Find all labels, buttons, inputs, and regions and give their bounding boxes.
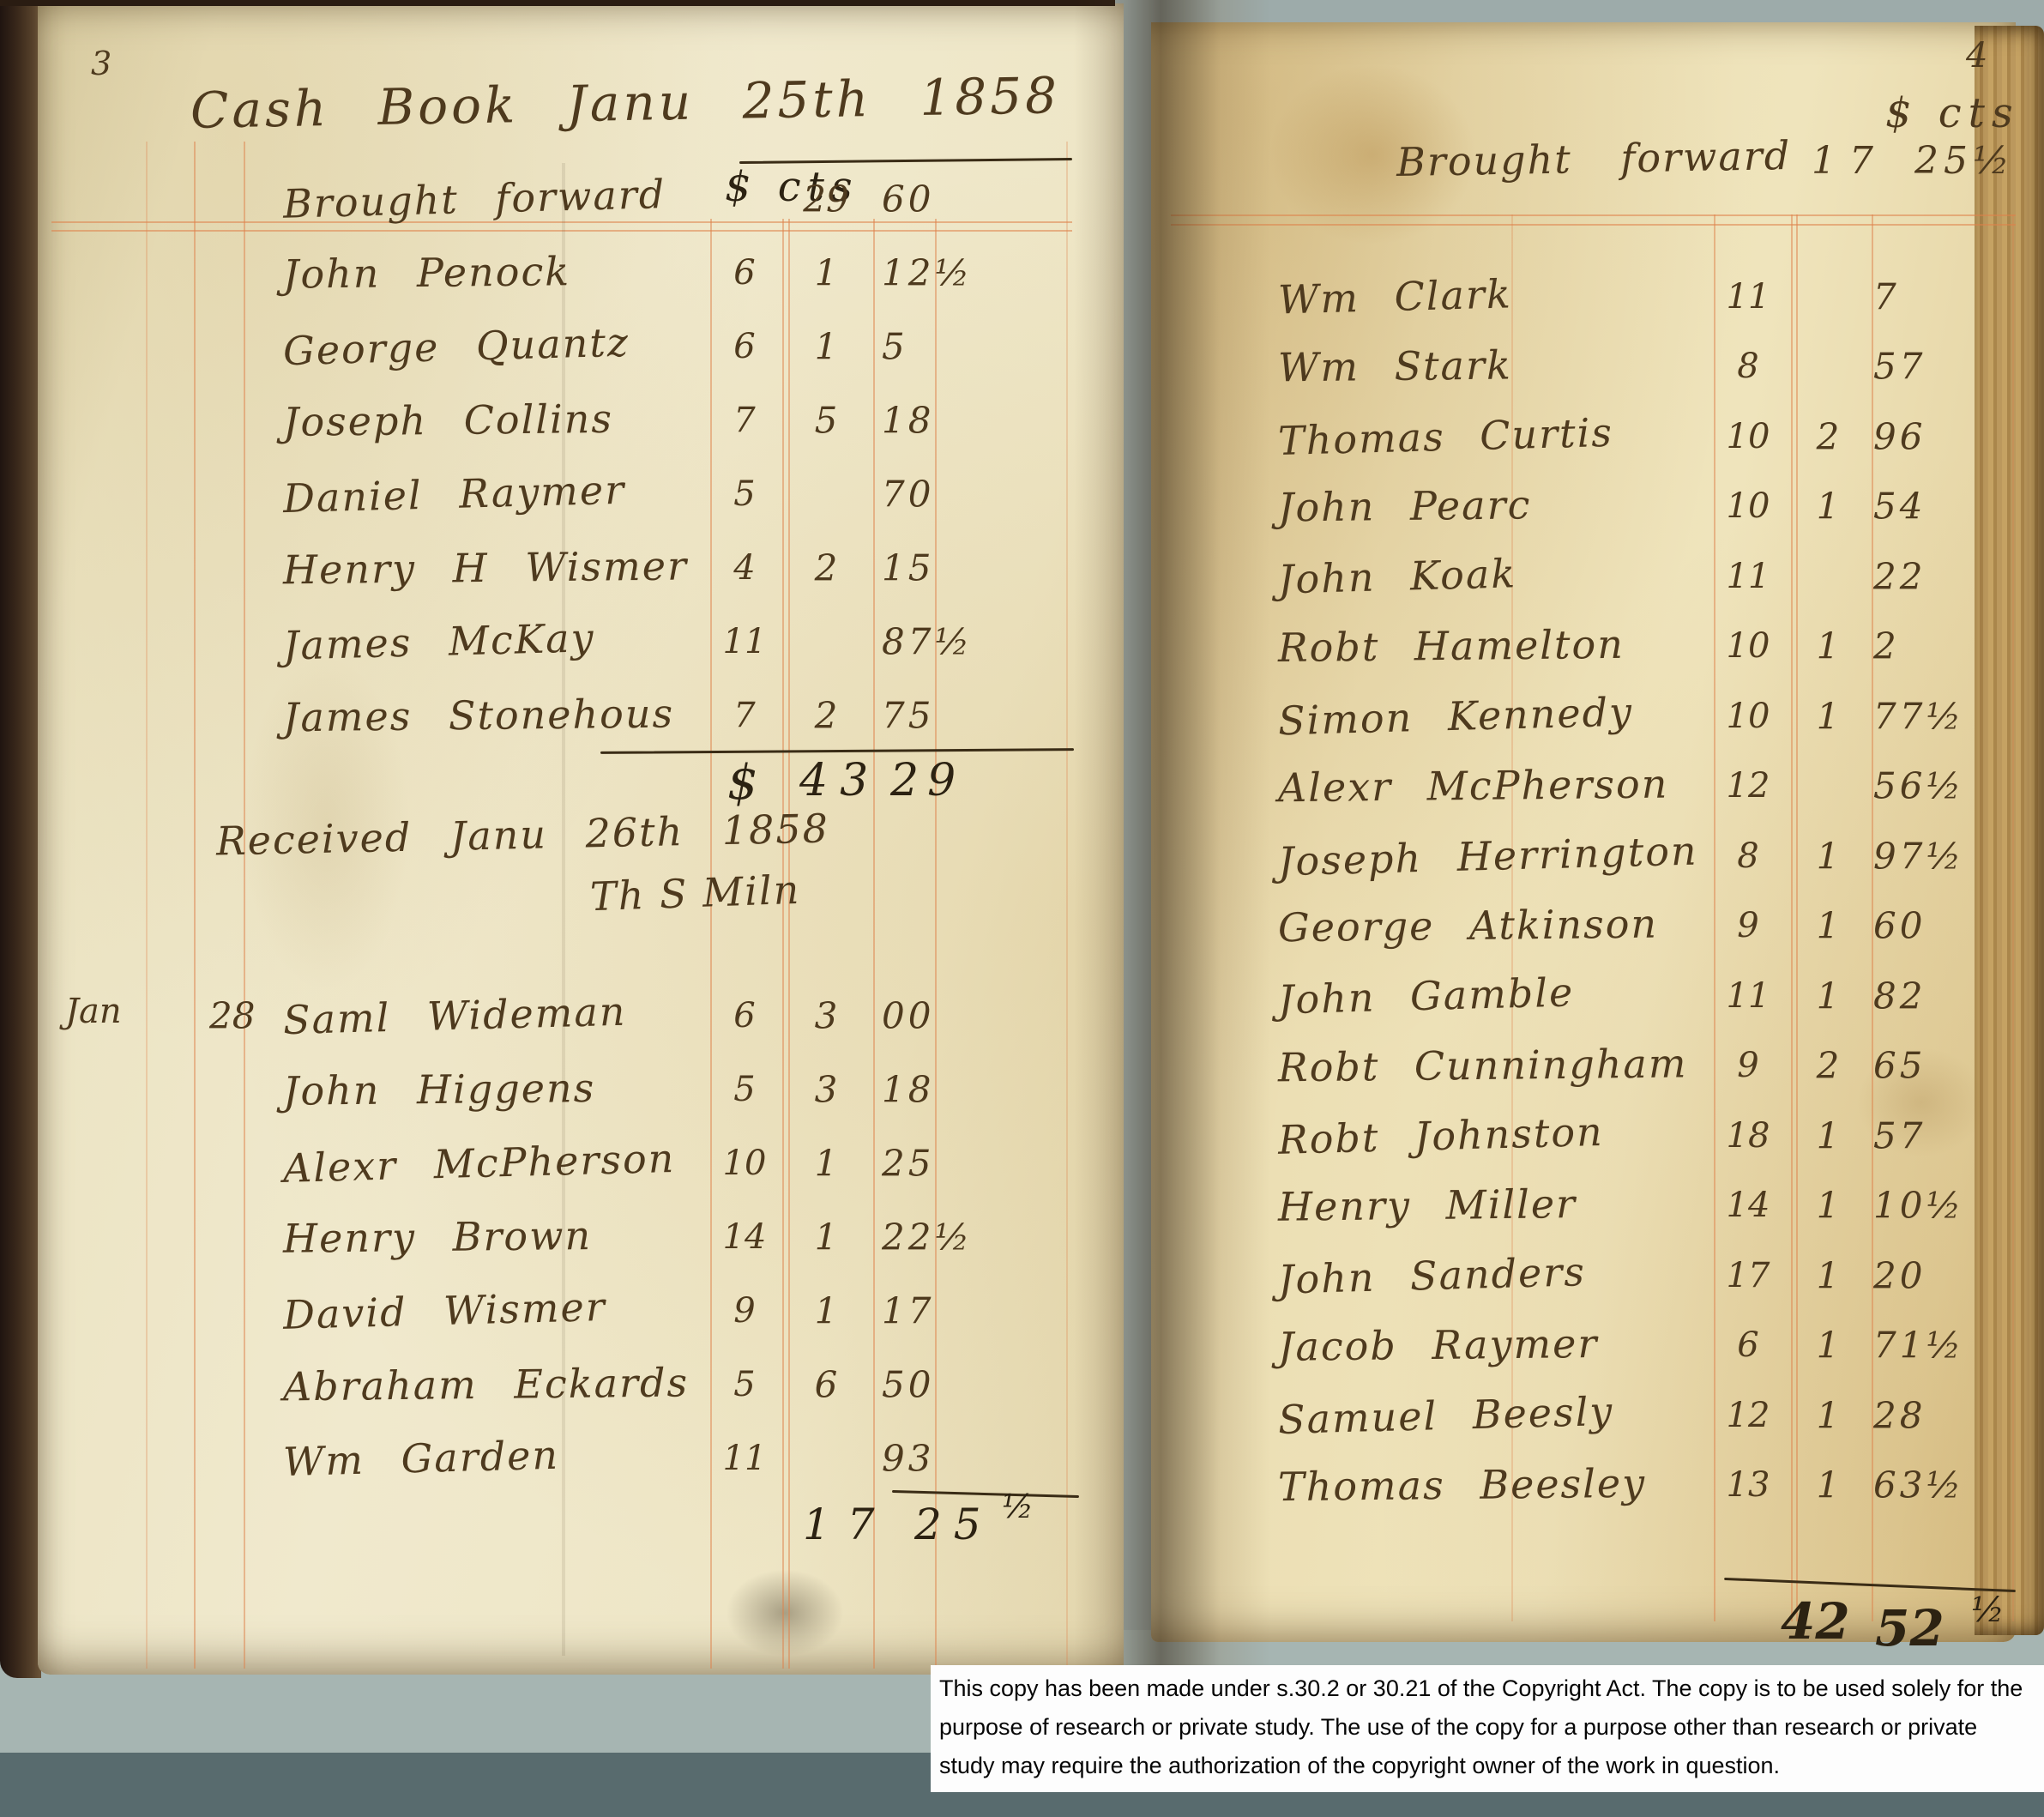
entry-name: David Wismer (282, 1283, 606, 1338)
entry-day: 9 (1714, 906, 1782, 945)
entry-dollars: 2 (1789, 415, 1866, 457)
book-top-edge (0, 0, 1115, 6)
entry-day: 5 (710, 474, 779, 514)
entry-dollars: 1 (1789, 625, 1866, 667)
entry-day: 5 (710, 1070, 779, 1109)
entry-cents: 77½ (1873, 695, 1964, 737)
entry-day: 10 (710, 1144, 779, 1183)
dollar-sign: $ (727, 755, 758, 811)
total-dollars: 17 (803, 1500, 892, 1549)
total-cents: 29 (890, 755, 964, 806)
entry-dollars: 1 (787, 326, 865, 368)
entry-name: Robt Johnston (1277, 1108, 1604, 1163)
entry-name: Daniel Raymer (282, 467, 625, 522)
entry-name: Henry H Wismer (283, 542, 688, 593)
right-page-number: 4 (1966, 36, 1987, 75)
entry-day: 8 (1714, 347, 1782, 386)
entry-day: 4 (710, 548, 779, 588)
entry-cents: 57 (1873, 1114, 1926, 1156)
entry-dollars: 5 (787, 400, 865, 442)
entry-dollars: 1 (1789, 1394, 1866, 1436)
entry-name: George Quantz (282, 319, 630, 375)
entry-name: John Pearc (1278, 482, 1532, 531)
ledger-row: Henry Miller 14 1 10½ (1269, 1172, 2016, 1242)
entry-day: 6 (710, 327, 779, 366)
left-section2-total-row: 17 25 ½ (172, 1500, 1081, 1568)
ledger-row: Alexr McPherson 10 1 25 (172, 1127, 1081, 1201)
entry-cents: 65 (1873, 1045, 1926, 1087)
entry-cents: 60 (1873, 905, 1926, 947)
entry-date: 28 (209, 995, 255, 1037)
entry-cents: 97½ (1873, 835, 1964, 877)
entry-cents: 57 (1873, 346, 1926, 388)
entry-cents: 15 (882, 547, 934, 589)
entry-name: John Koak (1277, 550, 1516, 602)
entry-day: 18 (1714, 1116, 1782, 1156)
entry-name: Wm Clark (1277, 270, 1512, 323)
ledger-row: Joseph Collins 7 5 18 (172, 384, 1081, 458)
ledger-row: Robt Cunningham 9 2 65 (1269, 1032, 2016, 1102)
ledger-row: Brought forward 29 60 (172, 163, 1081, 237)
entry-cents: 20 (1873, 1254, 1926, 1296)
entry-name: Robt Hamelton (1278, 621, 1625, 671)
entry-cents: 22½ (882, 1216, 973, 1259)
total-cents: 25 (914, 1500, 993, 1549)
entry-cents: 70 (882, 474, 934, 516)
ledger-row: George Atkinson 9 1 60 (1269, 892, 2016, 963)
book-cover-edge (0, 0, 41, 1678)
entry-dollars: 1 (787, 1143, 865, 1185)
entry-day: 9 (1714, 1046, 1782, 1085)
entry-cents: 12½ (882, 252, 973, 294)
entry-cents: 56½ (1873, 765, 1964, 807)
entry-name: Joseph Herrington (1277, 827, 1698, 884)
entry-cents: 22 (1873, 555, 1926, 597)
entry-name: Henry Brown (283, 1212, 593, 1262)
ledger-row: Jacob Raymer 6 1 71½ (1269, 1312, 2016, 1382)
brought-forward-cents: 25½ (1914, 139, 2015, 183)
entry-dollars: 1 (1789, 835, 1866, 877)
entry-name: John Sanders (1277, 1248, 1586, 1302)
entry-name: Wm Stark (1278, 342, 1512, 391)
entry-dollars: 1 (787, 252, 865, 294)
ledger-row: John Koak 11 22 (1269, 542, 2016, 613)
entry-name: Saml Wideman (282, 988, 627, 1043)
ledger-row: John Higgens 5 3 18 (172, 1053, 1081, 1127)
ledger-row: John Sanders 17 1 20 (1269, 1241, 2016, 1312)
entry-cents: 5 (882, 326, 908, 368)
right-total-row: 42 52 ½ (1269, 1592, 2016, 1669)
total-dollars: 43 (799, 755, 880, 806)
entry-name: Jacob Raymer (1278, 1320, 1599, 1370)
entry-cents: 10½ (1873, 1185, 1964, 1227)
left-page-number: 3 (91, 45, 112, 82)
entry-day: 14 (710, 1217, 779, 1257)
entry-day: 7 (710, 401, 779, 440)
entry-cents: 7 (1873, 275, 1900, 317)
entry-dollars: 1 (1789, 975, 1866, 1017)
entry-dollars: 2 (787, 547, 865, 589)
ledger-row: Samuel Beesly 12 1 28 (1269, 1381, 2016, 1452)
entry-day: 9 (710, 1291, 779, 1331)
entry-day: 10 (1714, 486, 1782, 526)
entry-dollars: 2 (787, 695, 865, 737)
ledger-row: Robt Hamelton 10 1 2 (1269, 613, 2016, 683)
ledger-row: James McKay 11 87½ (172, 606, 1081, 679)
entry-name: Brought forward (282, 171, 666, 227)
entry-name: Wm Garden (282, 1432, 559, 1485)
entry-name: Alexr McPherson (282, 1135, 676, 1192)
entry-dollars: 1 (1789, 695, 1866, 737)
entry-cents: 75 (882, 695, 934, 737)
entry-day: 6 (710, 253, 779, 293)
total-fraction: ½ (1002, 1488, 1034, 1525)
entry-name: John Higgens (283, 1065, 596, 1114)
entry-name: Henry Miller (1278, 1180, 1577, 1230)
ledger-rule (1171, 224, 2016, 226)
entry-cents: 87½ (882, 621, 973, 663)
ledger-row: Wm Stark 8 57 (1269, 333, 2016, 403)
entry-name: Samuel Beesly (1277, 1388, 1614, 1443)
ledger-row: John Gamble 11 1 82 (1269, 962, 2016, 1032)
entry-dollars: 1 (1789, 1114, 1866, 1156)
ledger-row: Simon Kennedy 10 1 77½ (1269, 682, 2016, 752)
entry-name: Alexr McPherson (1278, 761, 1669, 812)
entry-dollars: 1 (1789, 905, 1866, 947)
total-dollars: 42 (1781, 1592, 1850, 1651)
entry-cents: 54 (1873, 486, 1926, 528)
total-fraction: ½ (1971, 1591, 2005, 1630)
entry-dollars: 3 (787, 995, 865, 1037)
month-label: Jan (65, 992, 122, 1031)
entry-day: 7 (710, 696, 779, 735)
entry-cents: 28 (1873, 1394, 1926, 1436)
ledger-book-scan: 3 Cash Book Janu 25th 1858 $ cts Brought… (0, 0, 2044, 1680)
entry-dollars: 2 (1789, 1045, 1866, 1087)
entry-day: 11 (710, 622, 779, 661)
entry-name: Thomas Curtis (1277, 409, 1613, 464)
entry-dollars: 3 (787, 1069, 865, 1111)
right-page-entries: Wm Clark 11 7 Wm Stark 8 57 Thomas Curti… (1269, 263, 2016, 1521)
entry-cents: 18 (882, 400, 934, 442)
ledger-row: Henry H Wismer 4 2 15 (172, 532, 1081, 606)
ledger-row: John Pearc 10 1 54 (1269, 473, 2016, 543)
total-cents: 52 (1875, 1599, 1945, 1657)
entry-day: 10 (1714, 417, 1782, 456)
entry-name: Thomas Beesley (1278, 1460, 1647, 1510)
entry-cents: 60 (882, 178, 934, 220)
entry-day: 6 (710, 996, 779, 1035)
ledger-row: Robt Johnston 18 1 57 (1269, 1102, 2016, 1172)
entry-cents: 17 (882, 1290, 934, 1332)
ledger-row: John Penock 6 1 12½ (172, 237, 1081, 311)
entry-name: John Gamble (1277, 969, 1574, 1023)
entry-dollars: 6 (787, 1364, 865, 1406)
entry-cents: 25 (882, 1143, 934, 1185)
ledger-row: 28 Saml Wideman 6 3 00 (172, 980, 1081, 1053)
entry-day: 12 (1714, 766, 1782, 806)
ledger-row: Wm Clark 11 7 (1269, 263, 2016, 333)
entry-cents: 50 (882, 1364, 934, 1406)
entry-day: 17 (1714, 1256, 1782, 1295)
entry-cents: 00 (882, 995, 934, 1037)
entry-day: 10 (1714, 697, 1782, 736)
entry-cents: 2 (1873, 625, 1900, 667)
entry-name: John Penock (283, 248, 571, 298)
ledger-row: Alexr McPherson 12 56½ (1269, 752, 2016, 823)
ledger-row: Wm Garden 11 93 (172, 1422, 1081, 1496)
entry-cents: 82 (1873, 975, 1926, 1017)
entry-dollars: 1 (1789, 1325, 1866, 1367)
entry-day: 11 (1714, 976, 1782, 1016)
entry-day: 6 (1714, 1325, 1782, 1365)
entry-cents: 96 (1873, 415, 1926, 457)
brought-forward-dollars: 17 (1812, 139, 1887, 183)
entry-dollars: 1 (787, 1216, 865, 1259)
entry-name: Abraham Eckards (283, 1359, 690, 1410)
ledger-row: Daniel Raymer 5 70 (172, 458, 1081, 532)
ledger-row: David Wismer 9 1 17 (172, 1275, 1081, 1349)
entry-day: 8 (1714, 836, 1782, 876)
entry-day: 13 (1714, 1465, 1782, 1505)
copyright-notice: This copy has been made under s.30.2 or … (931, 1665, 2044, 1792)
entry-day: 10 (1714, 626, 1782, 666)
entry-day: 14 (1714, 1186, 1782, 1225)
entry-name: James McKay (282, 614, 595, 668)
left-page-entries-jan28: 28 Saml Wideman 6 3 00 John Higgens 5 3 … (172, 980, 1081, 1496)
entry-dollars: 1 (1789, 1254, 1866, 1296)
entry-dollars: 1 (1789, 1185, 1866, 1227)
entry-dollars: 29 (787, 178, 865, 220)
entry-day: 12 (1714, 1396, 1782, 1435)
ledger-row: Abraham Eckards 5 6 50 (172, 1349, 1081, 1422)
entry-cents: 18 (882, 1069, 934, 1111)
entry-day: 11 (710, 1439, 779, 1478)
ledger-row: Thomas Beesley 13 1 63½ (1269, 1452, 2016, 1522)
brought-forward-label: Brought forward (1396, 132, 1792, 185)
ledger-rule (1171, 214, 2016, 216)
entry-cents: 71½ (1873, 1325, 1964, 1367)
entry-name: Simon Kennedy (1277, 688, 1633, 744)
entry-name: Robt Cunningham (1278, 1041, 1688, 1091)
entry-name: James Stonehous (283, 691, 675, 741)
ledger-row: James Stonehous 7 2 75 (172, 679, 1081, 753)
entry-day: 11 (1714, 557, 1782, 596)
right-currency-header: $ cts (1885, 89, 2020, 137)
entry-dollars: 1 (1789, 1464, 1866, 1506)
entry-cents: 63½ (1873, 1464, 1964, 1506)
ledger-row: Joseph Herrington 8 1 97½ (1269, 822, 2016, 892)
entry-day: 5 (710, 1365, 779, 1404)
signature: Th S Miln (589, 866, 801, 921)
entry-dollars: 1 (787, 1290, 865, 1332)
entry-day: 11 (1714, 277, 1782, 317)
left-page-entries: Brought forward 29 60 John Penock 6 1 12… (172, 163, 1081, 753)
entry-name: George Atkinson (1278, 901, 1659, 951)
entry-name: Joseph Collins (283, 395, 613, 445)
ledger-row: George Quantz 6 1 5 (172, 311, 1081, 384)
entry-cents: 93 (882, 1438, 934, 1480)
entry-dollars: 1 (1789, 486, 1866, 528)
ledger-row: Henry Brown 14 1 22½ (172, 1201, 1081, 1275)
ledger-row: Thomas Curtis 10 2 96 (1269, 402, 2016, 473)
ledger-rule (146, 142, 148, 1669)
